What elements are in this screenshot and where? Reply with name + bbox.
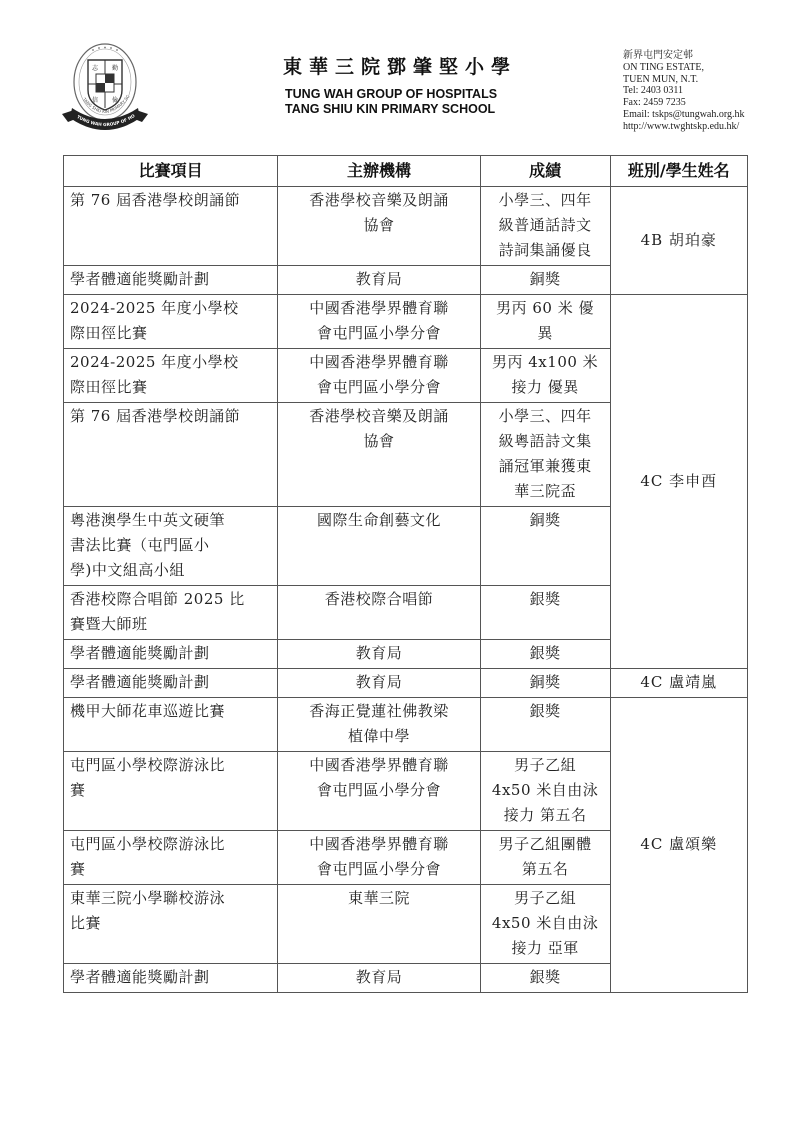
telephone: Tel: 2403 0311 — [623, 85, 745, 97]
header-organizer: 主辦機構 — [278, 156, 480, 187]
school-name-english-line1: TUNG WAH GROUP OF HOSPITALS — [285, 87, 497, 102]
svg-text:勤: 勤 — [112, 64, 118, 72]
header-result: 成績 — [480, 156, 610, 187]
table-row: 機甲大師花車巡遊比賽 香海正覺蓮社佛教梁植偉中學 銀獎 4C 盧頌樂 — [64, 698, 748, 752]
cell-organizer: 教育局 — [278, 266, 480, 295]
cell-organizer: 中國香港學界體育聯會屯門區小學分會 — [278, 349, 480, 403]
header-event: 比賽項目 — [64, 156, 278, 187]
cell-student: 4C 盧頌樂 — [610, 698, 747, 993]
cell-result: 小學三、四年級粵語詩文集誦冠軍兼獲東華三院盃 — [480, 403, 610, 507]
cell-event: 2024-2025 年度小學校際田徑比賽 — [64, 349, 278, 403]
school-name-chinese: 東華三院鄧肇堅小學 — [283, 52, 517, 79]
cell-result: 銀獎 — [480, 640, 610, 669]
cell-organizer: 中國香港學界體育聯會屯門區小學分會 — [278, 752, 480, 831]
table-body: 第 76 屆香港學校朗誦節 香港學校音樂及朗誦協會 小學三、四年級普通話詩文詩詞… — [64, 187, 748, 993]
cell-result: 男丙 60 米 優異 — [480, 295, 610, 349]
school-name-english-line2: TANG SHIU KIN PRIMARY SCHOOL — [285, 102, 497, 117]
cell-event: 學者體適能獎勵計劃 — [64, 266, 278, 295]
cell-organizer: 香港學校音樂及朗誦協會 — [278, 187, 480, 266]
cell-result: 銀獎 — [480, 586, 610, 640]
cell-event: 第 76 屆香港學校朗誦節 — [64, 403, 278, 507]
table-row: 第 76 屆香港學校朗誦節 香港學校音樂及朗誦協會 小學三、四年級普通話詩文詩詞… — [64, 187, 748, 266]
cell-organizer: 國際生命創藝文化 — [278, 507, 480, 586]
cell-event: 香港校際合唱節 2025 比賽暨大師班 — [64, 586, 278, 640]
table-row: 學者體適能獎勵計劃 教育局 銅獎 4C 盧靖嵐 — [64, 669, 748, 698]
cell-result: 銅獎 — [480, 669, 610, 698]
fax: Fax: 2459 7235 — [623, 97, 745, 109]
contact-info: 新界屯門安定邨 ON TING ESTATE, TUEN MUN, N.T. T… — [623, 50, 745, 133]
cell-result: 男子乙組團體第五名 — [480, 831, 610, 885]
cell-event: 學者體適能獎勵計劃 — [64, 964, 278, 993]
cell-event: 學者體適能獎勵計劃 — [64, 669, 278, 698]
cell-result: 男子乙組4x50 米自由泳接力 亞軍 — [480, 885, 610, 964]
table-header-row: 比賽項目 主辦機構 成績 班別/學生姓名 — [64, 156, 748, 187]
svg-text:志: 志 — [92, 64, 99, 72]
cell-result: 銀獎 — [480, 964, 610, 993]
cell-organizer: 中國香港學界體育聯會屯門區小學分會 — [278, 831, 480, 885]
cell-student: 4C 盧靖嵐 — [610, 669, 747, 698]
cell-organizer: 中國香港學界體育聯會屯門區小學分會 — [278, 295, 480, 349]
cell-event: 2024-2025 年度小學校際田徑比賽 — [64, 295, 278, 349]
cell-organizer: 香港學校音樂及朗誦協會 — [278, 403, 480, 507]
address-chinese: 新界屯門安定邨 — [623, 50, 745, 62]
letterhead: 志 勤 信 儉 TANG SHIU KIN PRIMARY SCHOOL TUN… — [0, 0, 800, 145]
awards-table: 比賽項目 主辦機構 成績 班別/學生姓名 第 76 屆香港學校朗誦節 香港學校音… — [63, 155, 748, 993]
cell-event: 東華三院小學聯校游泳比賽 — [64, 885, 278, 964]
school-crest-logo: 志 勤 信 儉 TANG SHIU KIN PRIMARY SCHOOL TUN… — [60, 38, 150, 138]
cell-event: 機甲大師花車巡遊比賽 — [64, 698, 278, 752]
cell-organizer: 東華三院 — [278, 885, 480, 964]
header-student: 班別/學生姓名 — [610, 156, 747, 187]
cell-event: 屯門區小學校際游泳比賽 — [64, 752, 278, 831]
email: Email: tskps@tungwah.org.hk — [623, 109, 745, 121]
cell-organizer: 香海正覺蓮社佛教梁植偉中學 — [278, 698, 480, 752]
table-row: 2024-2025 年度小學校際田徑比賽 中國香港學界體育聯會屯門區小學分會 男… — [64, 295, 748, 349]
cell-result: 小學三、四年級普通話詩文詩詞集誦優良 — [480, 187, 610, 266]
cell-result: 銅獎 — [480, 266, 610, 295]
cell-organizer: 教育局 — [278, 669, 480, 698]
cell-event: 學者體適能獎勵計劃 — [64, 640, 278, 669]
cell-result: 銅獎 — [480, 507, 610, 586]
cell-organizer: 教育局 — [278, 640, 480, 669]
cell-result: 男丙 4x100 米接力 優異 — [480, 349, 610, 403]
address-english-line2: TUEN MUN, N.T. — [623, 74, 745, 86]
cell-organizer: 教育局 — [278, 964, 480, 993]
svg-text:儉: 儉 — [112, 96, 118, 104]
address-english-line1: ON TING ESTATE, — [623, 62, 745, 74]
cell-result: 男子乙組4x50 米自由泳接力 第五名 — [480, 752, 610, 831]
cell-student: 4C 李申酉 — [610, 295, 747, 669]
cell-event: 粵港澳學生中英文硬筆書法比賽（屯門區小學)中文組高小組 — [64, 507, 278, 586]
svg-text:信: 信 — [92, 96, 98, 104]
cell-event: 屯門區小學校際游泳比賽 — [64, 831, 278, 885]
website: http://www.twghtskp.edu.hk/ — [623, 121, 745, 133]
cell-student: 4B 胡珀豪 — [610, 187, 747, 295]
cell-event: 第 76 屆香港學校朗誦節 — [64, 187, 278, 266]
cell-organizer: 香港校際合唱節 — [278, 586, 480, 640]
cell-result: 銀獎 — [480, 698, 610, 752]
school-name-english: TUNG WAH GROUP OF HOSPITALS TANG SHIU KI… — [285, 87, 497, 117]
